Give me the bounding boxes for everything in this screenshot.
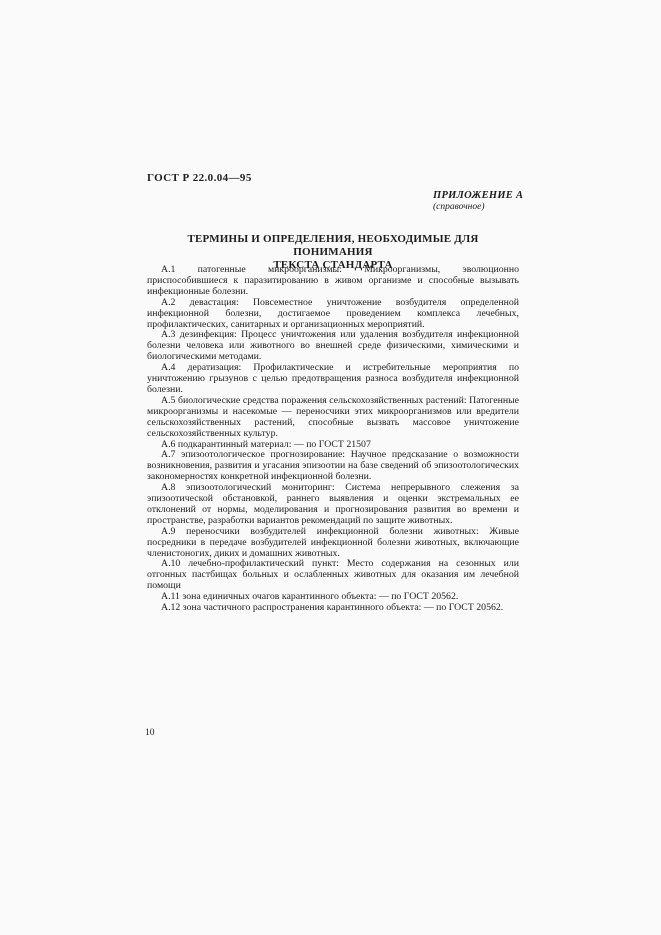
standard-code: ГОСТ Р 22.0.04—95 bbox=[147, 172, 252, 184]
terms-list: А.1 патогенные микроорганизмы: Микроорга… bbox=[147, 265, 519, 614]
term-paragraph-a3: А.3 дезинфекция: Процесс уничтожения или… bbox=[147, 330, 519, 363]
term-paragraph-a10: А.10 лечебно-профилактический пункт: Мес… bbox=[147, 559, 519, 592]
term-paragraph-a7: А.7 эпизоотологическое прогнозирование: … bbox=[147, 450, 519, 483]
annex-label: ПРИЛОЖЕНИЕ А bbox=[433, 190, 523, 201]
annex-block: ПРИЛОЖЕНИЕ А (справочное) bbox=[433, 190, 523, 212]
annex-note: (справочное) bbox=[433, 202, 523, 212]
term-paragraph-a1: А.1 патогенные микроорганизмы: Микроорга… bbox=[147, 265, 519, 298]
term-paragraph-a2: А.2 девастация: Повсеместное уничтожение… bbox=[147, 298, 519, 331]
term-paragraph-a4: А.4 дератизация: Профилактические и истр… bbox=[147, 363, 519, 396]
term-paragraph-a9: А.9 переносчики возбудителей инфекционно… bbox=[147, 527, 519, 560]
page-number: 10 bbox=[145, 728, 155, 738]
term-paragraph-a8: А.8 эпизоотологический мониторинг: Систе… bbox=[147, 483, 519, 527]
document-page: ГОСТ Р 22.0.04—95 ПРИЛОЖЕНИЕ А (справочн… bbox=[0, 0, 661, 935]
term-paragraph-a12: А.12 зона частичного распространения кар… bbox=[147, 603, 519, 614]
title-line-1: ТЕРМИНЫ И ОПРЕДЕЛЕНИЯ, НЕОБХОДИМЫЕ ДЛЯ П… bbox=[187, 233, 478, 258]
term-paragraph-a5: А.5 биологические средства поражения сел… bbox=[147, 396, 519, 440]
